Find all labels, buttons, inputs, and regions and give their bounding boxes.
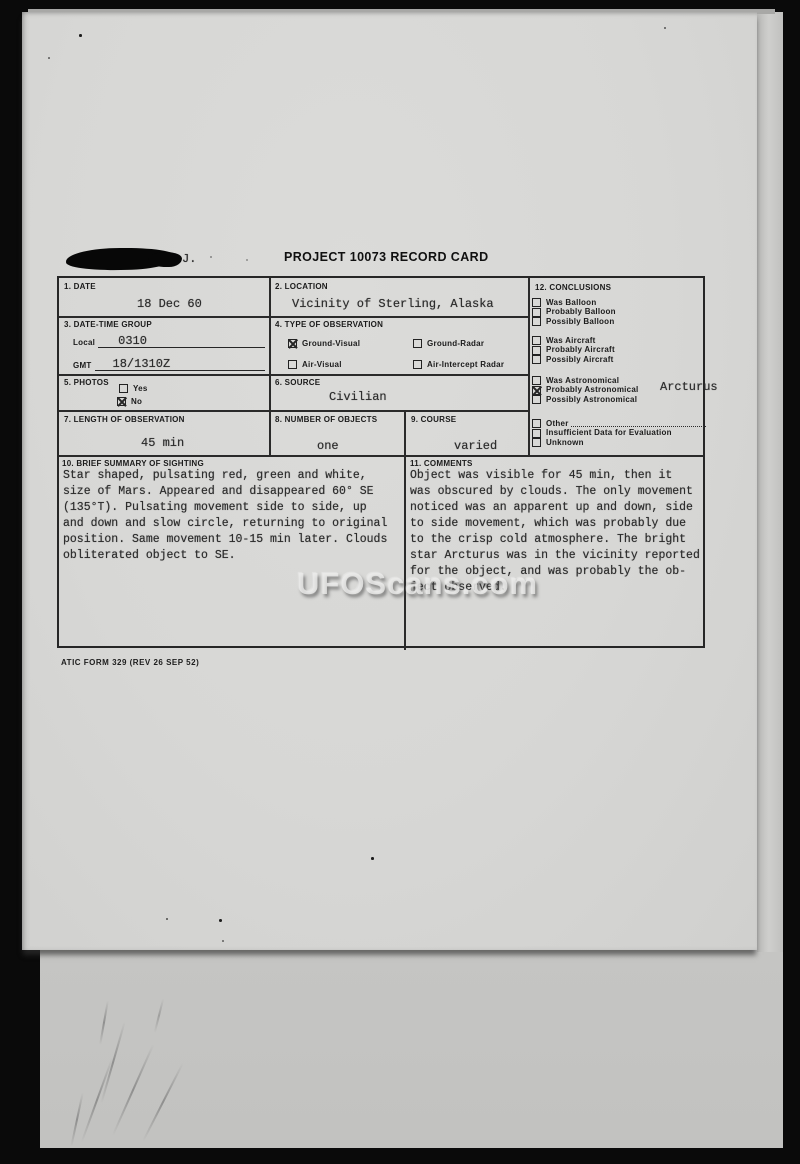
field-summary-text: Star shaped, pulsating red, green and wh… [63, 468, 401, 564]
dust-speck [664, 27, 666, 29]
scanned-document: J. PROJECT 10073 RECORD CARD 1. DATE 18 … [0, 0, 800, 1164]
field-objects-label: 8. NUMBER OF OBJECTS [275, 415, 377, 425]
field-conclusions-label: 12. CONCLUSIONS [535, 283, 611, 293]
conclusion-option: Probably Aircraft [532, 346, 708, 356]
table-rule [59, 374, 528, 376]
checkbox-was-aircraft [532, 336, 541, 345]
field-dtg-label: 3. DATE-TIME GROUP [64, 320, 152, 330]
form-number: ATIC FORM 329 (REV 26 SEP 52) [61, 658, 199, 668]
dust-speck [210, 256, 212, 258]
conclusion-option: Was Aircraft [532, 336, 708, 346]
checkbox-label: Yes [133, 384, 148, 393]
photos-option: Yes [119, 384, 148, 393]
field-dtg-local: Local 0310 [73, 333, 265, 348]
checkbox-air-visual [288, 360, 297, 369]
checkbox-label: Was Balloon [546, 298, 596, 308]
field-course-label: 9. COURSE [411, 415, 456, 425]
checkbox-probably-astronomical [532, 386, 541, 395]
checkbox-photos-yes [119, 384, 128, 393]
field-date-label: 1. DATE [64, 282, 96, 292]
checkbox-label: No [131, 397, 142, 406]
table-rule [59, 316, 528, 318]
conclusion-group-balloon: Was Balloon Probably Balloon Possibly Ba… [532, 298, 708, 327]
conclusion-option: Unknown [532, 438, 708, 448]
checkbox-possibly-aircraft [532, 355, 541, 364]
conclusion-option: Insufficient Data for Evaluation [532, 429, 708, 439]
checkbox-label: Possibly Balloon [546, 317, 614, 327]
table-rule [269, 278, 271, 455]
table-rule [59, 410, 528, 412]
checkbox-label: Air-Intercept Radar [427, 360, 504, 369]
checkbox-probably-balloon [532, 308, 541, 317]
conclusion-group-other: Other Insufficient Data for Evaluation U… [532, 419, 708, 448]
checkbox-photos-no [117, 397, 126, 406]
checkbox-air-intercept-radar [413, 360, 422, 369]
photos-option: No [117, 397, 142, 406]
conclusion-option: Was Balloon [532, 298, 708, 308]
table-rule [404, 410, 406, 650]
dust-speck [48, 57, 50, 59]
checkbox-label: Possibly Astronomical [546, 395, 637, 405]
field-dtg-gmt: GMT 18/1310Z [73, 356, 265, 371]
checkbox-probably-aircraft [532, 346, 541, 355]
dust-speck [222, 940, 224, 942]
conclusion-option: Possibly Aircraft [532, 355, 708, 365]
field-objects-value: one [317, 439, 339, 453]
checkbox-insufficient-data [532, 429, 541, 438]
checkbox-label: Ground-Radar [427, 339, 484, 348]
checkbox-possibly-balloon [532, 317, 541, 326]
checkbox-ground-radar [413, 339, 422, 348]
checkbox-label: Probably Astronomical [546, 385, 639, 395]
dust-speck [166, 918, 168, 920]
field-observation-label: 4. TYPE OF OBSERVATION [275, 320, 383, 330]
dust-speck [219, 919, 222, 922]
checkbox-label: Probably Aircraft [546, 345, 615, 355]
checkbox-label: Ground-Visual [302, 339, 360, 348]
checkbox-label: Other [546, 419, 569, 429]
field-photos-label: 5. PHOTOS [64, 378, 109, 388]
dust-speck [246, 259, 248, 261]
dust-speck [79, 34, 82, 37]
field-dtg-local-value: 0310 [98, 334, 147, 348]
checkbox-unknown [532, 438, 541, 447]
field-comments-text: Object was visible for 45 min, then it w… [410, 468, 706, 644]
field-location-label: 2. LOCATION [275, 282, 328, 292]
checkbox-possibly-astronomical [532, 395, 541, 404]
conclusion-option: Other [532, 419, 708, 429]
redacted-name-suffix: J. [182, 252, 196, 266]
fill-in-line: 0310 [98, 334, 265, 348]
observation-option: Air-Intercept Radar [413, 360, 504, 369]
fill-in-line [571, 420, 706, 427]
checkbox-label: Probably Balloon [546, 307, 616, 317]
field-length-value: 45 min [141, 436, 184, 450]
field-dtg-gmt-value: 18/1310Z [95, 357, 171, 371]
fill-in-line: 18/1310Z [95, 357, 265, 371]
field-source-label: 6. SOURCE [275, 378, 320, 388]
table-rule [528, 278, 530, 455]
checkbox-was-astronomical [532, 376, 541, 385]
checkbox-label: Insufficient Data for Evaluation [546, 428, 672, 438]
conclusion-option: Possibly Balloon [532, 317, 708, 327]
checkbox-ground-visual [288, 339, 297, 348]
table-rule [59, 455, 703, 457]
redaction-mark [148, 252, 182, 267]
checkbox-label: Unknown [546, 438, 584, 448]
dust-speck [371, 857, 374, 860]
field-date-value: 18 Dec 60 [137, 297, 202, 311]
page-title: PROJECT 10073 RECORD CARD [284, 250, 489, 264]
checkbox-was-balloon [532, 298, 541, 307]
observation-option: Ground-Radar [413, 339, 484, 348]
field-dtg-local-label: Local [73, 338, 95, 348]
field-dtg-gmt-label: GMT [73, 361, 92, 371]
checkbox-label: Air-Visual [302, 360, 342, 369]
conclusion-group-aircraft: Was Aircraft Probably Aircraft Possibly … [532, 336, 708, 365]
conclusion-annotation: Arcturus [660, 380, 718, 394]
checkbox-label: Was Astronomical [546, 376, 619, 386]
checkbox-other [532, 419, 541, 428]
observation-option: Ground-Visual [288, 339, 360, 348]
field-location-value: Vicinity of Sterling, Alaska [292, 297, 494, 311]
page-edge-sliver [757, 12, 783, 952]
watermark: UFOScans.com [297, 567, 538, 600]
conclusion-option: Possibly Astronomical [532, 395, 708, 405]
field-source-value: Civilian [329, 390, 387, 404]
conclusion-option: Probably Balloon [532, 308, 708, 318]
checkbox-label: Was Aircraft [546, 336, 596, 346]
field-course-value: varied [454, 439, 497, 453]
field-length-label: 7. LENGTH OF OBSERVATION [64, 415, 185, 425]
observation-option: Air-Visual [288, 360, 342, 369]
checkbox-label: Possibly Aircraft [546, 355, 614, 365]
